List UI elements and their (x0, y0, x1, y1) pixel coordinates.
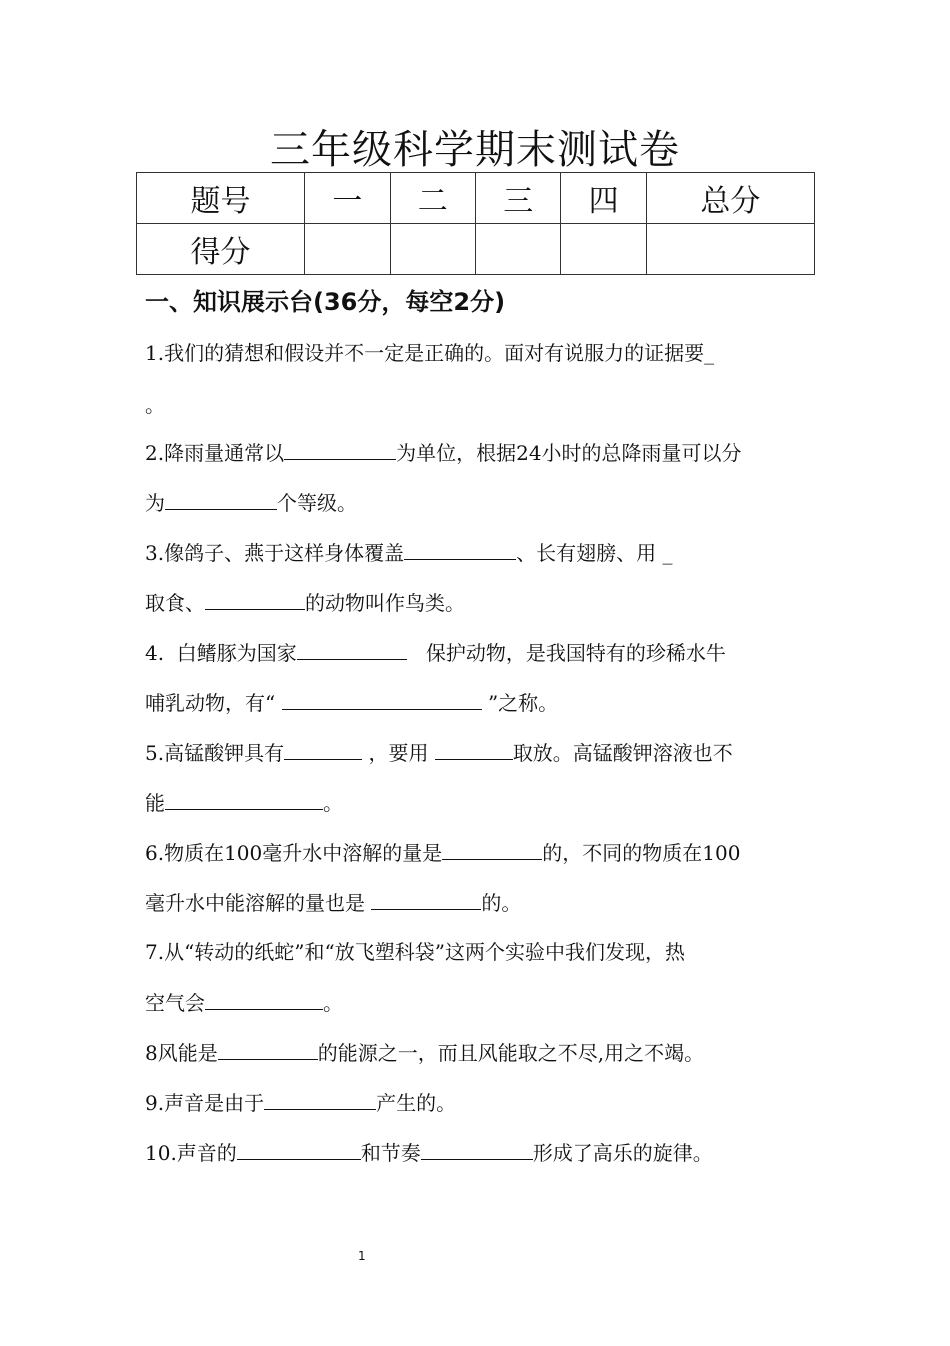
answer-blank[interactable] (218, 1037, 318, 1060)
answer-blank[interactable] (371, 887, 481, 910)
text: 10.声音的 (145, 1141, 237, 1165)
header-cell: 总分 (646, 173, 814, 224)
answer-blank[interactable] (165, 487, 277, 510)
text: 8风能是 (145, 1041, 218, 1065)
text: 7.从“转动的纸蛇”和“放飞塑科袋”这两个实验中我们发现，热 (145, 940, 685, 964)
question-line: 9.声音是由于产生的。 (145, 1087, 456, 1118)
answer-blank[interactable] (404, 537, 516, 560)
text: 2.降雨量通常以 (145, 441, 284, 465)
text: 空气会 (145, 991, 205, 1015)
text: 产生的。 (376, 1091, 456, 1115)
question-line: 10.声音的和节奏形成了高乐的旋律。 (145, 1137, 713, 1168)
score-table-score-row: 得分 (137, 224, 815, 275)
text: 1.我们的猜想和假设并不一定是正确的。面对有说服力的证据要_ (145, 341, 714, 365)
score-cell (475, 224, 560, 275)
text: 哺乳动物，有“ (145, 691, 282, 715)
text: 形成了高乐的旋律。 (533, 1141, 713, 1165)
answer-blank[interactable] (284, 737, 362, 760)
text: 3.像鸽子、燕于这样身体覆盖 (145, 541, 404, 565)
question-line: 。 (145, 390, 165, 420)
answer-blank[interactable] (435, 737, 513, 760)
question-line: 4. 白鳍豚为国家 保护动物，是我国特有的珍稀水牛 (145, 637, 726, 668)
question-line: 3.像鸽子、燕于这样身体覆盖、长有翅膀、用 _ (145, 537, 672, 568)
page-number: 1 (358, 1249, 366, 1263)
question-line: 为个等级。 (145, 487, 357, 518)
text: 取放。高锰酸钾溶液也不 (513, 741, 733, 765)
answer-blank[interactable] (284, 437, 396, 460)
answer-blank[interactable] (165, 787, 323, 810)
question-line: 取食、的动物叫作鸟类。 (145, 587, 465, 618)
header-cell: 题号 (137, 173, 305, 224)
question-line: 6.物质在100毫升水中溶解的量是的，不同的物质在100 (145, 837, 740, 868)
question-line: 7.从“转动的纸蛇”和“放飞塑科袋”这两个实验中我们发现，热 (145, 937, 685, 967)
question-line: 5.高锰酸钾具有 ，要用 取放。高锰酸钾溶液也不 (145, 737, 733, 768)
question-line: 哺乳动物，有“ ”之称。 (145, 687, 558, 718)
answer-blank[interactable] (237, 1137, 361, 1160)
question-line: 空气会。 (145, 987, 343, 1018)
row-label: 得分 (137, 224, 305, 275)
text: 毫升水中能溶解的量也是 (145, 891, 371, 915)
answer-blank[interactable] (442, 837, 542, 860)
question-line: 8风能是的能源之一，而且风能取之不尽,用之不竭。 (145, 1037, 704, 1068)
score-cell (646, 224, 814, 275)
text: 4. 白鳍豚为国家 (145, 641, 297, 665)
score-table-header-row: 题号 一 二 三 四 总分 (137, 173, 815, 224)
answer-blank[interactable] (264, 1087, 376, 1110)
score-cell (390, 224, 475, 275)
answer-blank[interactable] (205, 987, 323, 1010)
score-table: 题号 一 二 三 四 总分 得分 (136, 172, 815, 275)
text: 的，不同的物质在100 (542, 841, 740, 865)
page-title: 三年级科学期末测试卷 (0, 124, 950, 176)
score-cell (305, 224, 390, 275)
text: 。 (323, 791, 343, 815)
text: ”之称。 (482, 691, 559, 715)
text: 、长有翅膀、用 _ (516, 541, 672, 565)
text: 和节奏 (361, 1141, 421, 1165)
text: 。 (323, 991, 343, 1015)
text: 9.声音是由于 (145, 1091, 264, 1115)
text: 。 (145, 393, 165, 417)
answer-blank[interactable] (282, 687, 482, 710)
answer-blank[interactable] (297, 637, 407, 660)
header-cell: 四 (561, 173, 646, 224)
text: 的。 (481, 891, 521, 915)
text: 保护动物，是我国特有的珍稀水牛 (407, 641, 726, 665)
text: ，要用 (362, 741, 435, 765)
header-cell: 三 (475, 173, 560, 224)
answer-blank[interactable] (421, 1137, 533, 1160)
answer-blank[interactable] (205, 587, 305, 610)
question-line: 1.我们的猜想和假设并不一定是正确的。面对有说服力的证据要_ (145, 338, 714, 368)
text: 取食、 (145, 591, 205, 615)
text: 为单位，根据24小时的总降雨量可以分 (396, 441, 741, 465)
text: 的动物叫作鸟类。 (305, 591, 465, 615)
text: 能 (145, 791, 165, 815)
question-line: 能。 (145, 787, 343, 818)
text: 的能源之一，而且风能取之不尽,用之不竭。 (318, 1041, 704, 1065)
text: 为 (145, 491, 165, 515)
section-heading: 一、知识展示台(36分，每空2分) (145, 284, 505, 320)
text: 6.物质在100毫升水中溶解的量是 (145, 841, 442, 865)
header-cell: 二 (390, 173, 475, 224)
score-cell (561, 224, 646, 275)
text: 5.高锰酸钾具有 (145, 741, 284, 765)
text: 个等级。 (277, 491, 357, 515)
question-line: 毫升水中能溶解的量也是 的。 (145, 887, 521, 918)
question-line: 2.降雨量通常以为单位，根据24小时的总降雨量可以分 (145, 437, 742, 468)
header-cell: 一 (305, 173, 390, 224)
